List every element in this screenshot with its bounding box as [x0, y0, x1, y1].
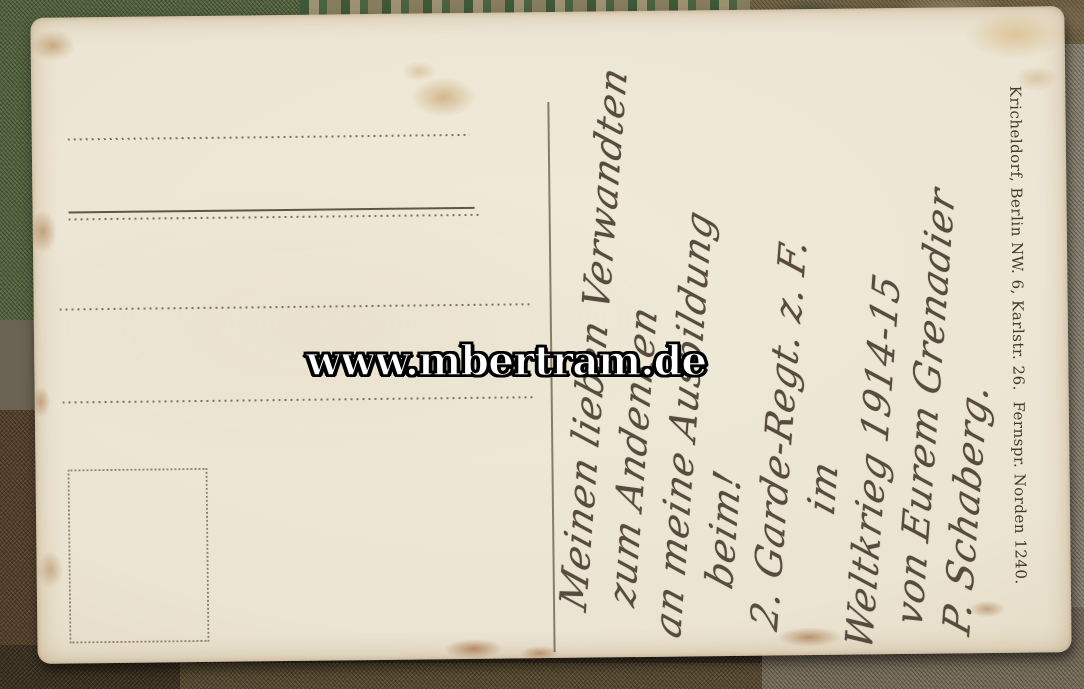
fabric-brown-bottom-mid	[180, 663, 800, 689]
stamp-box	[67, 468, 209, 644]
postcard-photo-scene: Meinen lieben Verwandten zum Andenken an…	[0, 0, 1084, 689]
address-line-4	[63, 396, 533, 403]
address-line-3	[60, 303, 530, 310]
address-line-1	[68, 134, 470, 141]
postcard-back: Meinen lieben Verwandten zum Andenken an…	[30, 6, 1071, 664]
publisher-imprint: Kricheldorf, Berlin NW. 6, Karlstr. 26. …	[1006, 86, 1030, 586]
address-line-2-solid	[69, 207, 475, 214]
address-line-2-dotted	[69, 214, 479, 221]
watermark-text: www.mbertram.de	[306, 337, 706, 385]
